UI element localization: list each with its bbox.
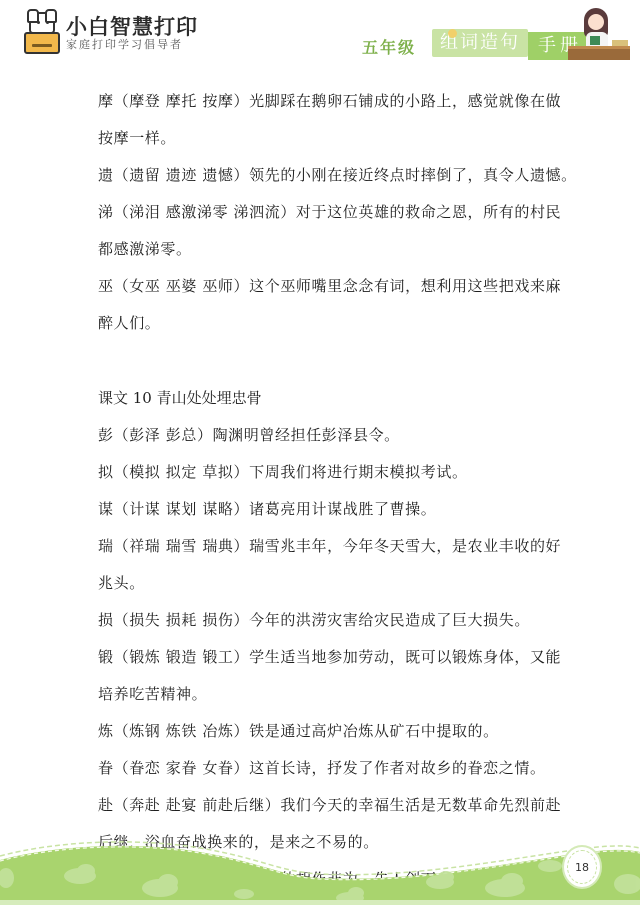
footer-decoration — [0, 838, 640, 905]
grade-label: 五年级 — [362, 35, 416, 58]
text-line: 锻（锻炼 锻造 锻工）学生适当地参加劳动，既可以锻炼身体，又能 — [98, 647, 544, 684]
green-hill-icon — [0, 838, 640, 905]
text-line: 损（损失 损耗 损伤）今年的洪涝灾害给灾民造成了巨大损失。 — [98, 610, 544, 647]
text-line: 眷（眷恋 家眷 女眷）这首长诗，抒发了作者对故乡的眷恋之情。 — [98, 758, 544, 795]
text-line: 都感激涕零。 — [98, 239, 544, 276]
text-line: 拟（模拟 拟定 草拟）下周我们将进行期末模拟考试。 — [98, 462, 544, 499]
brand-logo: 小白智慧打印 家庭打印学习倡导者 — [22, 12, 198, 54]
page-number-badge: 18 — [562, 845, 602, 889]
text-line: 培养吃苦精神。 — [98, 684, 544, 721]
page-number: 18 — [575, 861, 589, 874]
text-line: 巫（女巫 巫婆 巫师）这个巫师嘴里念念有词，想利用这些把戏来麻 — [98, 276, 544, 313]
text-line: 彭（彭泽 彭总）陶渊明曾经担任彭泽县令。 — [98, 425, 544, 462]
dog-printer-icon — [22, 12, 62, 54]
brand-name: 小白智慧打印 — [66, 16, 198, 38]
text-line: 炼（炼钢 炼铁 冶炼）铁是通过高炉冶炼从矿石中提取的。 — [98, 721, 544, 758]
handbook-banner: 五年级 组词造句 手册 — [362, 26, 592, 60]
text-line: 遗（遗留 遗迹 遗憾）领先的小刚在接近终点时摔倒了，真令人遗憾。 — [98, 165, 544, 202]
spacer — [98, 350, 544, 388]
brand-slogan: 家庭打印学习倡导者 — [66, 38, 198, 52]
text-line: 涕（涕泪 感激涕零 涕泗流）对于这位英雄的救命之恩，所有的村民 — [98, 202, 544, 239]
text-line: 摩（摩登 摩托 按摩）光脚踩在鹅卵石铺成的小路上，感觉就像在做 — [98, 91, 544, 128]
handbook-topic: 组词造句 — [432, 29, 528, 57]
text-line: 兆头。 — [98, 573, 544, 610]
text-line: 醉人们。 — [98, 313, 544, 350]
lesson-title: 课文 10 青山处处埋忠骨 — [98, 388, 544, 425]
page-header: 小白智慧打印 家庭打印学习倡导者 五年级 组词造句 手册 — [0, 0, 640, 70]
teacher-illustration-icon — [566, 8, 632, 60]
text-line: 瑞（祥瑞 瑞雪 瑞典）瑞雪兆丰年，今年冬天雪大，是农业丰收的好 — [98, 536, 544, 573]
text-line: 谋（计谋 谋划 谋略）诸葛亮用计谋战胜了曹操。 — [98, 499, 544, 536]
text-line: 赴（奔赴 赴宴 前赴后继）我们今天的幸福生活是无数革命先烈前赴 — [98, 795, 544, 832]
text-line: 按摩一样。 — [98, 128, 544, 165]
document-body: 摩（摩登 摩托 按摩）光脚踩在鹅卵石铺成的小路上，感觉就像在做 按摩一样。 遗（… — [98, 91, 544, 905]
bee-icon — [448, 29, 457, 38]
